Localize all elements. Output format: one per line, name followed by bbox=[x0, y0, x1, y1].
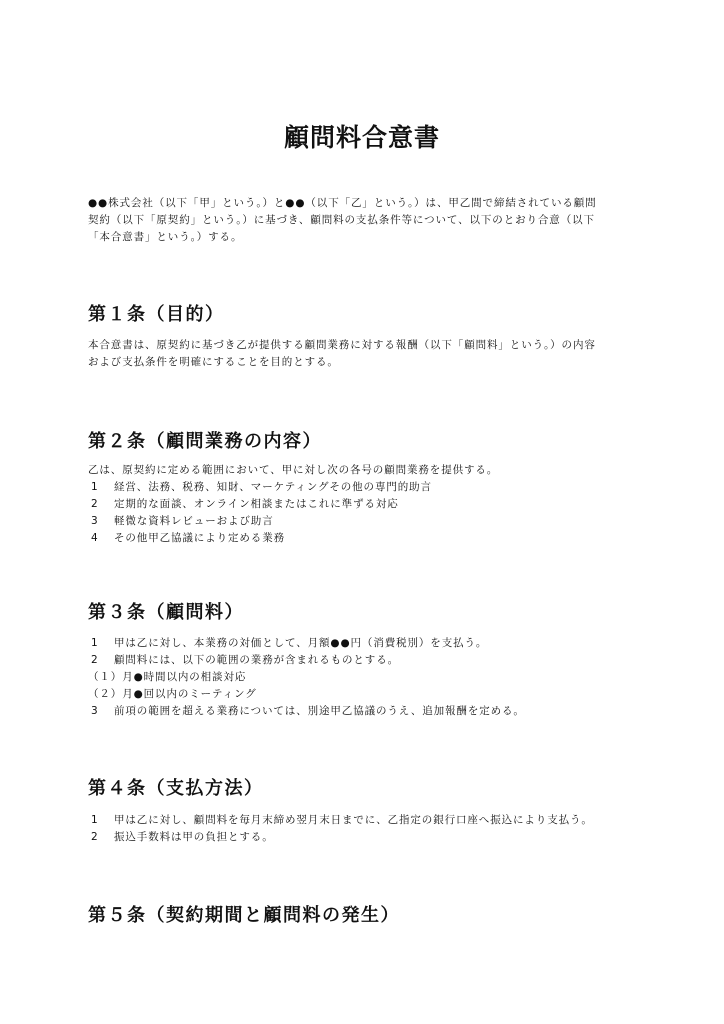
item-text: その他甲乙協議により定める業務 bbox=[114, 532, 285, 544]
article-1-line: 本合意書は、原契約に基づき乙が提供する顧問業務に対する報酬（以下「顧問料」という… bbox=[88, 337, 648, 354]
list-item: 1経営、法務、税務、知財、マーケティングその他の専門的助言 bbox=[88, 479, 432, 496]
document-title: 顧問料合意書 bbox=[0, 118, 724, 154]
item-number: 2 bbox=[88, 652, 114, 669]
item-number: 3 bbox=[88, 513, 114, 530]
article-3-heading: 第３条（顧問料） bbox=[88, 598, 244, 624]
preamble-paragraph: ●●株式会社（以下「甲」という。）と●●（以下「乙」という。）は、甲乙間で締結さ… bbox=[88, 195, 648, 246]
item-text: 振込手数料は甲の負担とする。 bbox=[114, 831, 274, 843]
item-number: 1 bbox=[88, 479, 114, 496]
item-text: 前項の範囲を超える業務については、別途甲乙協議のうえ、追加報酬を定める。 bbox=[114, 705, 525, 717]
preamble-line: ●●株式会社（以下「甲」という。）と●●（以下「乙」という。）は、甲乙間で締結さ… bbox=[88, 195, 648, 212]
item-number: 3 bbox=[88, 703, 114, 720]
article-2-heading: 第２条（顧問業務の内容） bbox=[88, 427, 322, 453]
article-4-heading: 第４条（支払方法） bbox=[88, 774, 264, 800]
item-text: 定期的な面談、オンライン相談またはこれに準ずる対応 bbox=[114, 498, 399, 510]
item-text: 甲は乙に対し、本業務の対価として、月額●●円（消費税別）を支払う。 bbox=[114, 637, 487, 649]
item-text: 顧問料には、以下の範囲の業務が含まれるものとする。 bbox=[114, 654, 399, 666]
item-number: 1 bbox=[88, 812, 114, 829]
article-5-heading: 第５条（契約期間と顧問料の発生） bbox=[88, 901, 400, 927]
list-item: 4その他甲乙協議により定める業務 bbox=[88, 530, 432, 547]
document-page: 顧問料合意書 ●●株式会社（以下「甲」という。）と●●（以下「乙」という。）は、… bbox=[0, 0, 724, 1024]
list-item: 1甲は乙に対し、顧問料を毎月末締め翌月末日までに、乙指定の銀行口座へ振込により支… bbox=[88, 812, 593, 829]
subitem-text: （１）月●時間以内の相談対応 bbox=[88, 671, 246, 683]
preamble-line: 契約（以下「原契約」という。）に基づき、顧問料の支払条件等について、以下のとおり… bbox=[88, 212, 648, 229]
item-text: 甲は乙に対し、顧問料を毎月末締め翌月末日までに、乙指定の銀行口座へ振込により支払… bbox=[114, 814, 593, 826]
list-item: 3軽微な資料レビューおよび助言 bbox=[88, 513, 432, 530]
article-1-line: および支払条件を明確にすることを目的とする。 bbox=[88, 354, 648, 371]
item-text: 軽微な資料レビューおよび助言 bbox=[114, 515, 274, 527]
list-item: 2定期的な面談、オンライン相談またはこれに準ずる対応 bbox=[88, 496, 432, 513]
list-item: 2振込手数料は甲の負担とする。 bbox=[88, 829, 593, 846]
article-1-heading: 第１条（目的） bbox=[88, 300, 225, 326]
article-2-list: 1経営、法務、税務、知財、マーケティングその他の専門的助言 2定期的な面談、オン… bbox=[88, 479, 432, 547]
item-text: 経営、法務、税務、知財、マーケティングその他の専門的助言 bbox=[114, 481, 432, 493]
list-item: 2顧問料には、以下の範囲の業務が含まれるものとする。 bbox=[88, 652, 525, 669]
list-item: 1甲は乙に対し、本業務の対価として、月額●●円（消費税別）を支払う。 bbox=[88, 635, 525, 652]
list-item: 3前項の範囲を超える業務については、別途甲乙協議のうえ、追加報酬を定める。 bbox=[88, 703, 525, 720]
item-number: 4 bbox=[88, 530, 114, 547]
article-1-body: 本合意書は、原契約に基づき乙が提供する顧問業務に対する報酬（以下「顧問料」という… bbox=[88, 337, 648, 371]
subitem-text: （２）月●回以内のミーティング bbox=[88, 688, 257, 700]
preamble-line: 「本合意書」という。）する。 bbox=[88, 229, 648, 246]
article-2-body: 乙は、原契約に定める範囲において、甲に対し次の各号の顧問業務を提供する。 bbox=[88, 462, 648, 479]
article-2-line: 乙は、原契約に定める範囲において、甲に対し次の各号の顧問業務を提供する。 bbox=[88, 462, 648, 479]
item-number: 2 bbox=[88, 829, 114, 846]
item-number: 2 bbox=[88, 496, 114, 513]
list-subitem: （１）月●時間以内の相談対応 bbox=[88, 669, 525, 686]
article-4-list: 1甲は乙に対し、顧問料を毎月末締め翌月末日までに、乙指定の銀行口座へ振込により支… bbox=[88, 812, 593, 846]
item-number: 1 bbox=[88, 635, 114, 652]
list-subitem: （２）月●回以内のミーティング bbox=[88, 686, 525, 703]
article-3-list: 1甲は乙に対し、本業務の対価として、月額●●円（消費税別）を支払う。 2顧問料に… bbox=[88, 635, 525, 720]
